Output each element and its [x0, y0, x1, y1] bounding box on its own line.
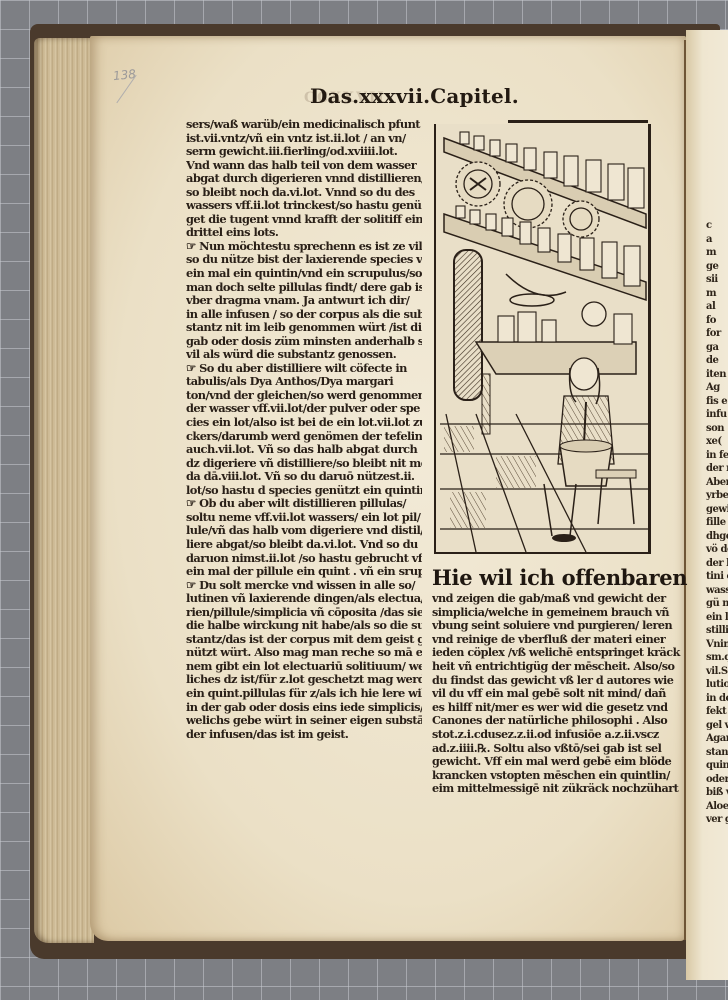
- text-line: tabulis/als Dya Anthos/Dya margari: [186, 375, 422, 389]
- woodcut-illustration: [434, 124, 651, 554]
- facing-page-text: infu: [706, 409, 727, 420]
- text-line: ton/vnd der gleichen/so werd genommen: [186, 389, 422, 403]
- facing-page-text: Aloes: [706, 801, 728, 812]
- text-line: liches dz ist/für z.lot geschetzt mag we…: [186, 673, 422, 687]
- text-line: get die tugent vnnd krafft der solitiff …: [186, 213, 422, 227]
- facing-page-text: for: [706, 328, 721, 339]
- text-line: dz digeriere vñ distilliere/so bleibt ni…: [186, 457, 422, 471]
- facing-page-text: in de: [706, 693, 728, 704]
- facing-page-text: fis e: [706, 396, 727, 407]
- facing-page-text: sii: [706, 274, 718, 285]
- facing-page-text: dhgez: [706, 531, 728, 542]
- facing-page-text: yrbei: [706, 490, 728, 501]
- woodcut-frame-top: [508, 120, 648, 123]
- text-line: heit vñ entrichtigüg der mēscheit. Also/…: [432, 660, 686, 674]
- facing-page-text: son: [706, 423, 724, 434]
- text-line: ist.vii.vntz/vñ ein vntz ist.ii.lot / an…: [186, 132, 422, 146]
- text-line: vil du vff ein mal gebē solt nit mind/ d…: [432, 687, 686, 701]
- left-text-column: sers/waß warüb/ein medicinalisch pfuntis…: [186, 118, 422, 741]
- text-line: vil als würd die substantz genossen.: [186, 348, 422, 362]
- text-line: simplicia/welche in gemeinem brauch vñ: [432, 606, 686, 620]
- text-line: soltu neme vff.vii.lot wassers/ ein lot …: [186, 511, 422, 525]
- text-line: serm gewicht.iii.fierling/od.xviiii.lot.: [186, 145, 422, 159]
- facing-page-text: fille: [706, 517, 726, 528]
- text-line: stantz/das ist der corpus mit dem geist …: [186, 633, 422, 647]
- facing-page-text: m: [706, 288, 716, 299]
- text-line: gab oder dosis züm minsten anderhalb so: [186, 335, 422, 349]
- text-line: ein mal der pillule ein quint . vñ ein s…: [186, 565, 422, 579]
- text-line: in der gab oder dosis eins iede simplici…: [186, 701, 422, 715]
- page-edges: [34, 38, 94, 943]
- facing-page-text: der m: [706, 463, 728, 474]
- text-line: ☞ Du solt mercke vnd wissen in alle so/: [186, 579, 422, 593]
- facing-page-text: m: [706, 247, 716, 258]
- facing-page-text: quint.A: [706, 760, 728, 771]
- facing-page-text: ein lot: [706, 612, 728, 623]
- text-line: Canones der natürliche philosophi . Also: [432, 714, 686, 728]
- text-line: nem gibt ein lot electuariū solitiuum/ w…: [186, 660, 422, 674]
- text-line: auch.vii.lot. Vñ so das halb abgat durch: [186, 443, 422, 457]
- text-line: ein mal ein quintin/vnd ein scrupulus/so: [186, 267, 422, 281]
- text-line: wassers vff.ii.lot trinckest/so hastu ge…: [186, 199, 422, 213]
- facing-page-text: gel vñ: [706, 720, 728, 731]
- text-line: lule/vñ das halb vom digeriere vnd disti…: [186, 524, 422, 538]
- facing-page-text: gewi: [706, 504, 728, 515]
- text-line: krancken vstopten mēschen ein quintlin/: [432, 769, 686, 783]
- text-line: stot.z.i.cdusez.z.ii.od infusiōe a.z.ii.…: [432, 728, 686, 742]
- facing-page-text: der kr: [706, 558, 728, 569]
- text-line: der wasser vff.vii.lot/der pulver oder s…: [186, 402, 422, 416]
- facing-page-text: fo: [706, 315, 716, 326]
- text-line: ieden cöplex /vß welichē entspringet krä…: [432, 646, 686, 660]
- facing-page: camgesiimalfoforgadeitenAgfis einfusonxe…: [686, 30, 728, 980]
- text-line: vber dragma vnam. Ja antwurt ich dir/: [186, 294, 422, 308]
- apothecary-scene-icon: [436, 124, 648, 552]
- text-line: vbung seint soluiere vnd purgieren/ lere…: [432, 619, 686, 633]
- text-line: rien/pillule/simplicia vñ cōposita /das …: [186, 606, 422, 620]
- text-line: gewicht. Vff ein mal werd gebē eim blöde: [432, 755, 686, 769]
- text-line: cies ein lot/also ist bei de ein lot.vii…: [186, 416, 422, 430]
- facing-page-text: iten: [706, 369, 726, 380]
- facing-page-text: lution: [706, 679, 728, 690]
- text-line: nützt würt. Also mag man reche so mā ei/: [186, 646, 422, 660]
- text-line: abgat durch digerieren vnnd distillieren…: [186, 172, 422, 186]
- right-text-column: Hie wil ich offenbaren vnd zeigen die ga…: [432, 564, 686, 796]
- facing-page-text: vö de: [706, 544, 728, 555]
- text-line: eim mittelmessigē nit zükräck nochzühart: [432, 782, 686, 796]
- text-line: so bleibt noch da.vi.lot. Vnnd so du des: [186, 186, 422, 200]
- text-line: der infusen/das ist im geist.: [186, 728, 422, 742]
- text-line: vnd zeigen die gab/maß vnd gewicht der: [432, 592, 686, 606]
- section-title: Hie wil ich offenbaren: [432, 564, 686, 592]
- text-line: ein quint.pillulas für z/als ich hie ler…: [186, 687, 422, 701]
- text-line: ☞ Ob du aber wilt distillieren pillulas/: [186, 497, 422, 511]
- folio-number: 138: [112, 67, 136, 83]
- text-line: Vnd wann das halb teil von dem wasser: [186, 159, 422, 173]
- facing-page-text: Ag: [706, 382, 720, 393]
- facing-page-text: wasser d: [706, 585, 728, 596]
- facing-page-text: de: [706, 355, 718, 366]
- text-line: da dā.viii.lot. Vñ so du daruō nützest.i…: [186, 470, 422, 484]
- text-line: die halbe wirckung nit habe/als so die s…: [186, 619, 422, 633]
- text-line: sers/waß warüb/ein medicinalisch pfunt: [186, 118, 422, 132]
- text-line: lutinen vñ laxierende dingen/als electua…: [186, 592, 422, 606]
- text-line: ☞ So du aber distilliere wilt cöfecte in: [186, 362, 422, 376]
- facing-page-text: Vnim ge: [706, 639, 728, 650]
- facing-page-text: Aber: [706, 477, 728, 488]
- text-line: ckers/darumb werd genömen der tefelin: [186, 430, 422, 444]
- facing-page-text: c: [706, 220, 712, 231]
- facing-page-text: a: [706, 234, 712, 245]
- text-line: in alle infusen / so der corpus als die …: [186, 308, 422, 322]
- text-line: es hilff nit/mer es wer wid die gesetz v…: [432, 701, 686, 715]
- text-line: so du nütze bist der laxierende species …: [186, 253, 422, 267]
- facing-page-text: gü mal: [706, 598, 728, 609]
- text-line: du findst das gewicht vß ler d autores w…: [432, 674, 686, 688]
- text-line: daruon nimst.ii.lot /so hastu gebrucht v…: [186, 552, 422, 566]
- facing-page-text: al: [706, 301, 715, 312]
- facing-page-text: stantz: [706, 747, 728, 758]
- facing-page-text: sm.quin: [706, 652, 728, 663]
- facing-page-text: ver güld: [706, 814, 728, 825]
- text-line: vnd reinige de vberfluß der materi einer: [432, 633, 686, 647]
- text-line: ☞ Nun möchtestu sprechenn es ist ze vil: [186, 240, 422, 254]
- text-line: liere abgat/so bleibt da.vi.lot. Vnd so …: [186, 538, 422, 552]
- facing-page-text: fekt es: [706, 706, 728, 717]
- facing-page-text: ga: [706, 342, 718, 353]
- facing-page-text: Agari: [706, 733, 728, 744]
- facing-page-text: xe(: [706, 436, 722, 447]
- chapter-heading: Das.xxxvii.Capitel.: [310, 84, 519, 108]
- text-line: man doch selte pillulas findt/ dere gab …: [186, 281, 422, 295]
- facing-page-text: stillier: [706, 625, 728, 636]
- facing-page-text: in fe: [706, 450, 728, 461]
- text-line: ad.z.iiii.℞. Soltu also vßtō/sei gab ist…: [432, 742, 686, 756]
- facing-page-text: oder in: [706, 774, 728, 785]
- text-line: drittel eins lots.: [186, 226, 422, 240]
- facing-page-text: ge: [706, 261, 718, 272]
- text-line: lot/so hastu d species genützt ein quint…: [186, 484, 422, 498]
- facing-page-text: vil.Sol: [706, 666, 728, 677]
- text-line: stantz nit im leib genommen würt /ist di…: [186, 321, 422, 335]
- text-line: welichs gebe würt in seiner eigen substā…: [186, 714, 422, 728]
- facing-page-text: biß vff.: [706, 787, 728, 798]
- facing-page-text: tini od: [706, 571, 728, 582]
